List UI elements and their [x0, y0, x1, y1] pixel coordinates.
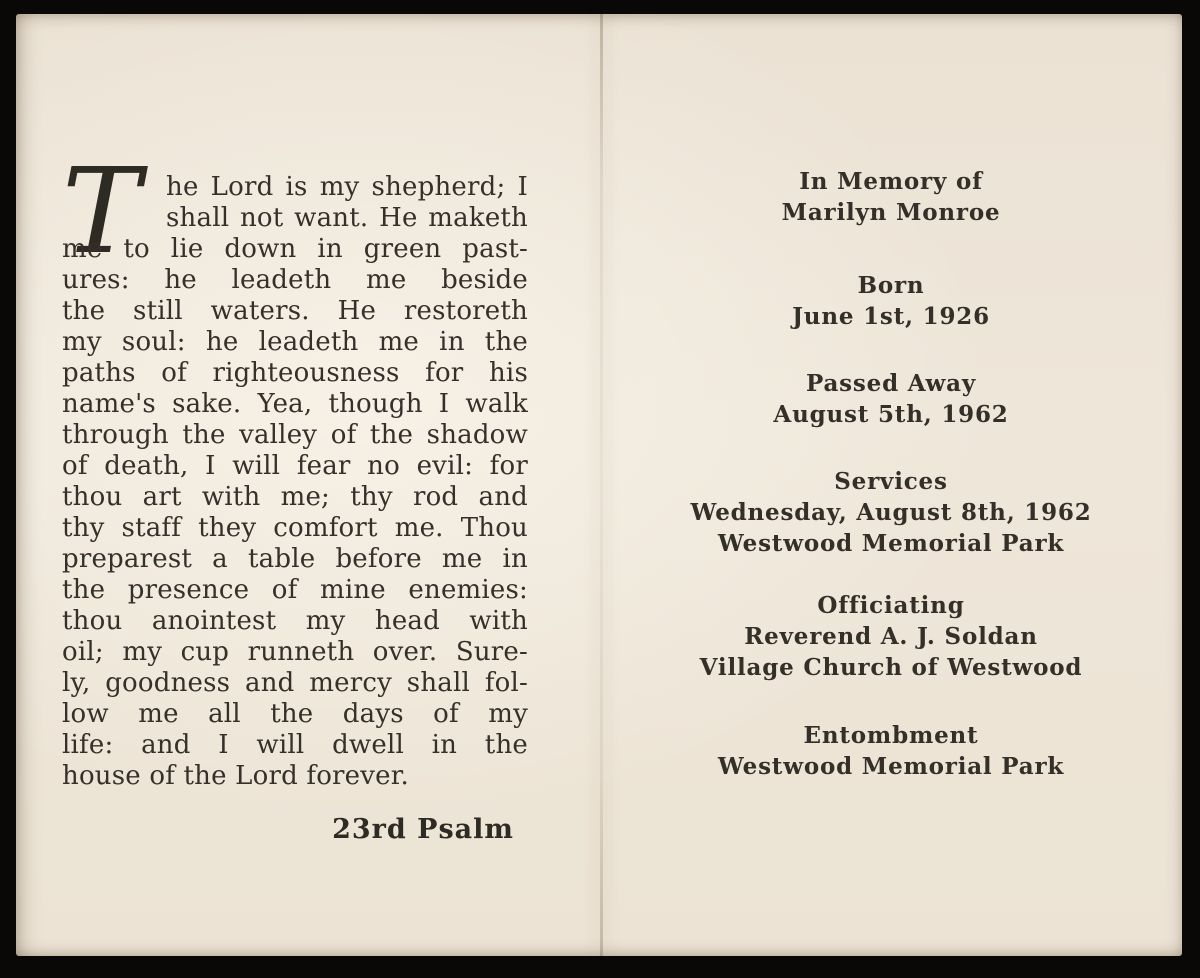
psalm-line: thou anointest my head with	[62, 606, 528, 637]
deceased-name: Marilyn Monroe	[600, 197, 1182, 228]
psalm-line: low me all the days of my	[62, 699, 528, 730]
death-date: August 5th, 1962	[600, 399, 1182, 430]
drop-cap-letter: T	[62, 168, 166, 230]
services-location: Westwood Memorial Park	[600, 528, 1182, 559]
passed-away-heading: Passed Away	[600, 368, 1182, 399]
officiating-heading: Officiating	[600, 590, 1182, 621]
psalm-line: name's sake. Yea, though I walk	[62, 389, 528, 420]
officiant-church: Village Church of Westwood	[600, 652, 1182, 683]
born-section: Born June 1st, 1926	[600, 270, 1182, 332]
psalm-line: the presence of mine enemies:	[62, 575, 528, 606]
psalm-line: me to lie down in green past-	[62, 234, 528, 265]
entombment-heading: Entombment	[600, 720, 1182, 751]
psalm-line: life: and I will dwell in the	[62, 730, 528, 761]
psalm-line: through the valley of the shadow	[62, 420, 528, 451]
in-memory-section: In Memory of Marilyn Monroe	[600, 166, 1182, 228]
passed-away-section: Passed Away August 5th, 1962	[600, 368, 1182, 430]
center-fold-crease	[600, 14, 603, 956]
psalm-line: my soul: he leadeth me in the	[62, 327, 528, 358]
birth-date: June 1st, 1926	[600, 301, 1182, 332]
psalm-text-block: T he Lord is my shepherd; I shall not wa…	[62, 172, 528, 792]
services-heading: Services	[600, 466, 1182, 497]
services-section: Services Wednesday, August 8th, 1962 Wes…	[600, 466, 1182, 559]
psalm-line: house of the Lord forever.	[62, 761, 528, 792]
psalm-line: ures: he leadeth me beside	[62, 265, 528, 296]
psalm-line: thou art with me; thy rod and	[62, 482, 528, 513]
psalm-line: preparest a table before me in	[62, 544, 528, 575]
psalm-page: T he Lord is my shepherd; I shall not wa…	[62, 172, 528, 845]
in-memory-of-heading: In Memory of	[600, 166, 1182, 197]
officiant-name: Reverend A. J. Soldan	[600, 621, 1182, 652]
entombment-section: Entombment Westwood Memorial Park	[600, 720, 1182, 782]
memorial-card: T he Lord is my shepherd; I shall not wa…	[16, 14, 1182, 956]
officiating-section: Officiating Reverend A. J. Soldan Villag…	[600, 590, 1182, 683]
services-date: Wednesday, August 8th, 1962	[600, 497, 1182, 528]
psalm-line: of death, I will fear no evil: for	[62, 451, 528, 482]
psalm-line: ly, goodness and mercy shall fol-	[62, 668, 528, 699]
psalm-attribution: 23rd Psalm	[62, 814, 528, 845]
psalm-line: paths of righteousness for his	[62, 358, 528, 389]
psalm-line: the still waters. He restoreth	[62, 296, 528, 327]
psalm-line: thy staff they comfort me. Thou	[62, 513, 528, 544]
entombment-location: Westwood Memorial Park	[600, 751, 1182, 782]
memorial-details-page: In Memory of Marilyn Monroe Born June 1s…	[600, 14, 1182, 956]
psalm-line: oil; my cup runneth over. Sure-	[62, 637, 528, 668]
born-heading: Born	[600, 270, 1182, 301]
